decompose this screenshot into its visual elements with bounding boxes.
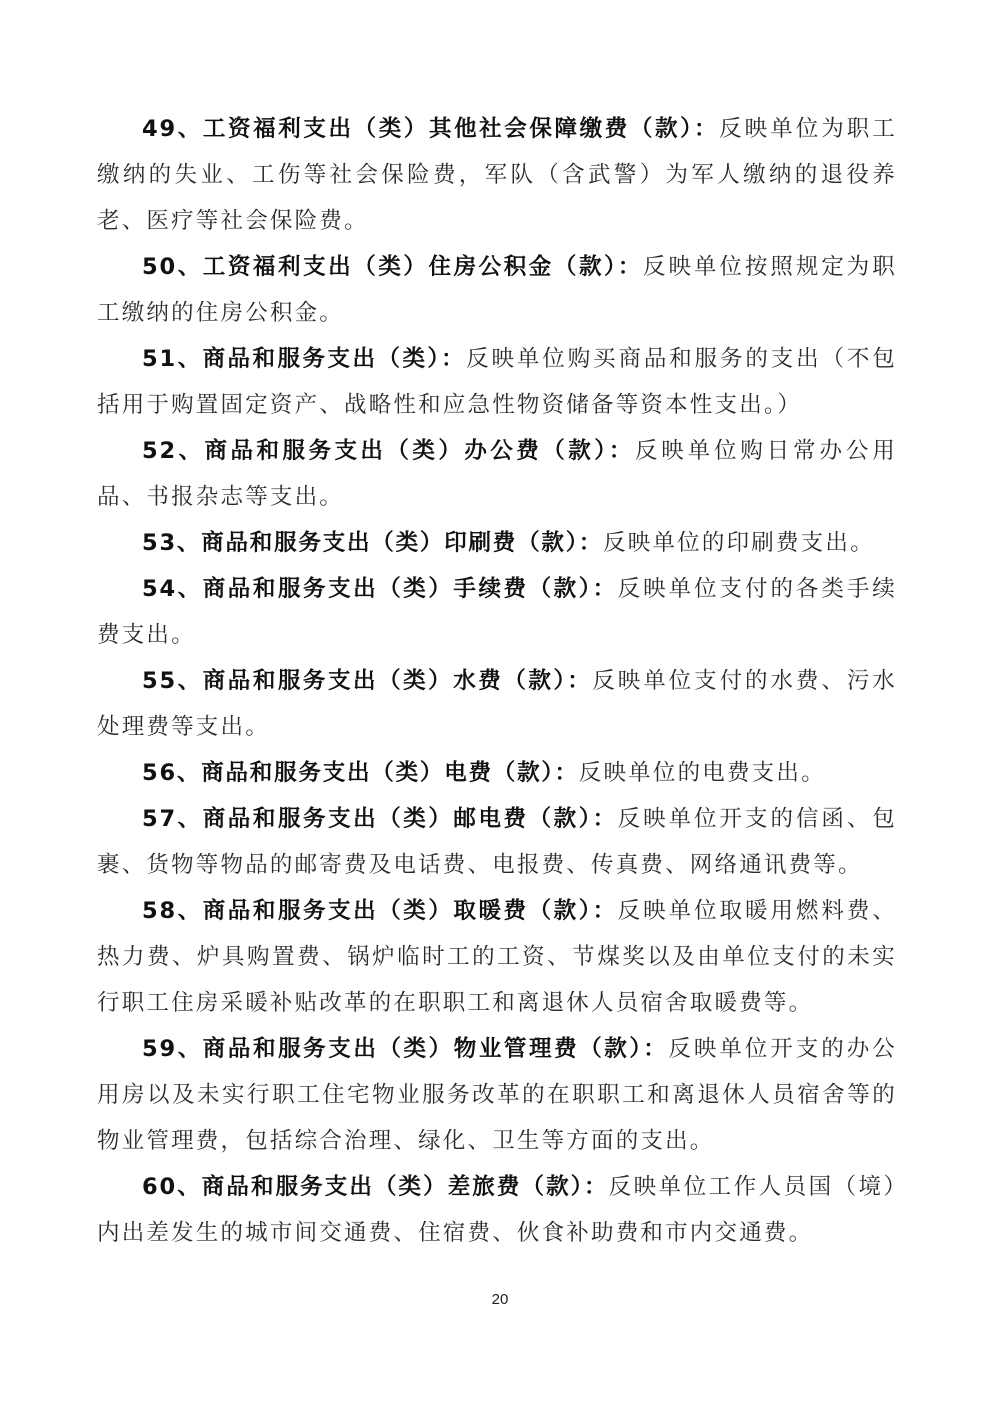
item-separator: ： xyxy=(554,760,578,786)
item-separator: ： xyxy=(593,576,618,602)
item-separator: ： xyxy=(579,530,603,556)
paragraph-item-53: 53、商品和服务支出（类）印刷费（款）：反映单位的印刷费支出。 xyxy=(97,520,897,566)
paragraph-item-56: 56、商品和服务支出（类）电费（款）：反映单位的电费支出。 xyxy=(97,750,897,796)
item-term: 49、工资福利支出（类）其他社会保障缴费（款） xyxy=(142,116,694,142)
paragraph-item-60: 60、商品和服务支出（类）差旅费（款）：反映单位工作人员国（境）内出差发生的城市… xyxy=(97,1164,897,1256)
paragraph-item-50: 50、工资福利支出（类）住房公积金（款）：反映单位按照规定为职工缴纳的住房公积金… xyxy=(97,244,897,336)
item-term: 50、工资福利支出（类）住房公积金（款） xyxy=(142,254,618,280)
item-term: 53、商品和服务支出（类）印刷费（款） xyxy=(142,530,579,556)
item-separator: ： xyxy=(618,254,643,280)
paragraph-item-52: 52、商品和服务支出（类）办公费（款）：反映单位购日常办公用品、书报杂志等支出。 xyxy=(97,428,897,520)
item-term: 60、商品和服务支出（类）差旅费（款） xyxy=(142,1174,584,1200)
item-term: 56、商品和服务支出（类）电费（款） xyxy=(142,760,554,786)
paragraph-item-59: 59、商品和服务支出（类）物业管理费（款）：反映单位开支的办公用房以及未实行职工… xyxy=(97,1026,897,1164)
paragraph-item-58: 58、商品和服务支出（类）取暖费（款）：反映单位取暖用燃料费、热力费、炉具购置费… xyxy=(97,888,897,1026)
item-separator: ： xyxy=(593,898,618,924)
item-separator: ： xyxy=(567,668,592,694)
item-term: 54、商品和服务支出（类）手续费（款） xyxy=(142,576,593,602)
item-term: 52、商品和服务支出（类）办公费（款） xyxy=(142,438,609,464)
item-term: 57、商品和服务支出（类）邮电费（款） xyxy=(142,806,593,832)
document-body: 49、工资福利支出（类）其他社会保障缴费（款）：反映单位为职工缴纳的失业、工伤等… xyxy=(97,106,897,1256)
item-description: 反映单位的印刷费支出。 xyxy=(603,530,875,556)
item-separator: ： xyxy=(609,438,635,464)
paragraph-item-55: 55、商品和服务支出（类）水费（款）：反映单位支付的水费、污水处理费等支出。 xyxy=(97,658,897,750)
item-separator: ： xyxy=(643,1036,668,1062)
item-term: 51、商品和服务支出（类） xyxy=(142,346,441,372)
paragraph-item-54: 54、商品和服务支出（类）手续费（款）：反映单位支付的各类手续费支出。 xyxy=(97,566,897,658)
item-term: 58、商品和服务支出（类）取暖费（款） xyxy=(142,898,593,924)
item-separator: ： xyxy=(441,346,466,372)
item-separator: ： xyxy=(584,1174,609,1200)
paragraph-item-57: 57、商品和服务支出（类）邮电费（款）：反映单位开支的信函、包裹、货物等物品的邮… xyxy=(97,796,897,888)
item-separator: ： xyxy=(694,116,719,142)
item-term: 55、商品和服务支出（类）水费（款） xyxy=(142,668,567,694)
page-number: 20 xyxy=(0,1291,1000,1308)
paragraph-item-49: 49、工资福利支出（类）其他社会保障缴费（款）：反映单位为职工缴纳的失业、工伤等… xyxy=(97,106,897,244)
paragraph-item-51: 51、商品和服务支出（类）：反映单位购买商品和服务的支出（不包括用于购置固定资产… xyxy=(97,336,897,428)
item-separator: ： xyxy=(593,806,618,832)
item-description: 反映单位的电费支出。 xyxy=(579,760,826,786)
item-term: 59、商品和服务支出（类）物业管理费（款） xyxy=(142,1036,643,1062)
